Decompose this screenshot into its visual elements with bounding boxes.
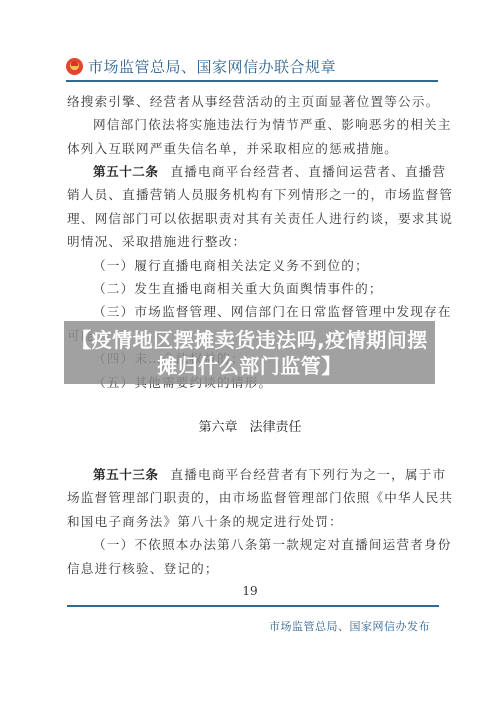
article-52-first-line: 第五十二条直播电商平台经营者、直播间运营者、直播营 [67, 160, 439, 183]
article-53-first-line: 第五十三条直播电商平台经营者有下列行为之一，属于市 [67, 463, 439, 486]
article-line: 和国电子商务法》第八十条的规定进行处罚： [67, 510, 439, 533]
chapter-number: 第六章 [198, 420, 237, 435]
document-header: 市场监管总局、国家网信办联合规章 [66, 54, 336, 78]
article-text: 直播电商平台经营者、直播间运营者、直播营 [170, 164, 446, 179]
paragraphs-top: 络搜索引擎、经营者从事经营活动的主页面显著位置等公示。 网信部门依法将实施违法行… [67, 90, 439, 160]
article-number: 第五十三条 [93, 467, 158, 482]
header-divider [66, 80, 438, 82]
page-number: 19 [0, 584, 500, 598]
footer-publisher: 市场监管总局、国家网信办发布 [269, 618, 430, 634]
paragraph-line: 络搜索引擎、经营者从事经营活动的主页面显著位置等公示。 [67, 90, 439, 113]
article-number: 第五十二条 [93, 164, 158, 179]
footer-divider [67, 605, 439, 607]
list-item: （一）不依照本办法第八条第一款规定对直播间运营者身份 [67, 533, 439, 556]
article-line: 理、网信部门可以依据职责对其有关责任人进行约谈，要求其说 [67, 207, 439, 230]
article-text: 直播电商平台经营者有下列行为之一，属于市 [170, 467, 446, 482]
overlay-title: 【疫情地区摆摊卖货违法吗,疫情期间摆摊归什么部门监管】 [68, 327, 431, 379]
chapter-title: 法律责任 [250, 420, 302, 435]
title-overlay-banner: 【疫情地区摆摊卖货违法吗,疫情期间摆摊归什么部门监管】 [64, 321, 435, 384]
chapter-heading: 第六章法律责任 [0, 416, 500, 435]
list-item: （一）履行直播电商相关法定义务不到位的； [67, 254, 439, 277]
article-line: 明情况、采取措施进行整改： [67, 230, 439, 253]
paragraph-line: 网信部门依法将实施违法行为情节严重、影响恶劣的相关主 [67, 113, 439, 136]
article-line: 场监督管理部门职责的，由市场监督管理部门依照《中华人民共 [67, 486, 439, 509]
national-emblem-icon [66, 58, 83, 75]
header-title: 市场监管总局、国家网信办联合规章 [88, 56, 336, 77]
list-item-continued: 信息进行核验、登记的； [67, 557, 439, 580]
article-53: 第五十三条直播电商平台经营者有下列行为之一，属于市 场监督管理部门职责的，由市场… [67, 463, 439, 580]
article-line: 销人员、直播营销人员服务机构有下列情形之一的，市场监督管 [67, 183, 439, 206]
paragraph-line: 体列入互联网严重失信名单，并采取相应的惩戒措施。 [67, 137, 439, 160]
list-item: （二）发生直播电商相关重大负面舆情事件的； [67, 277, 439, 300]
